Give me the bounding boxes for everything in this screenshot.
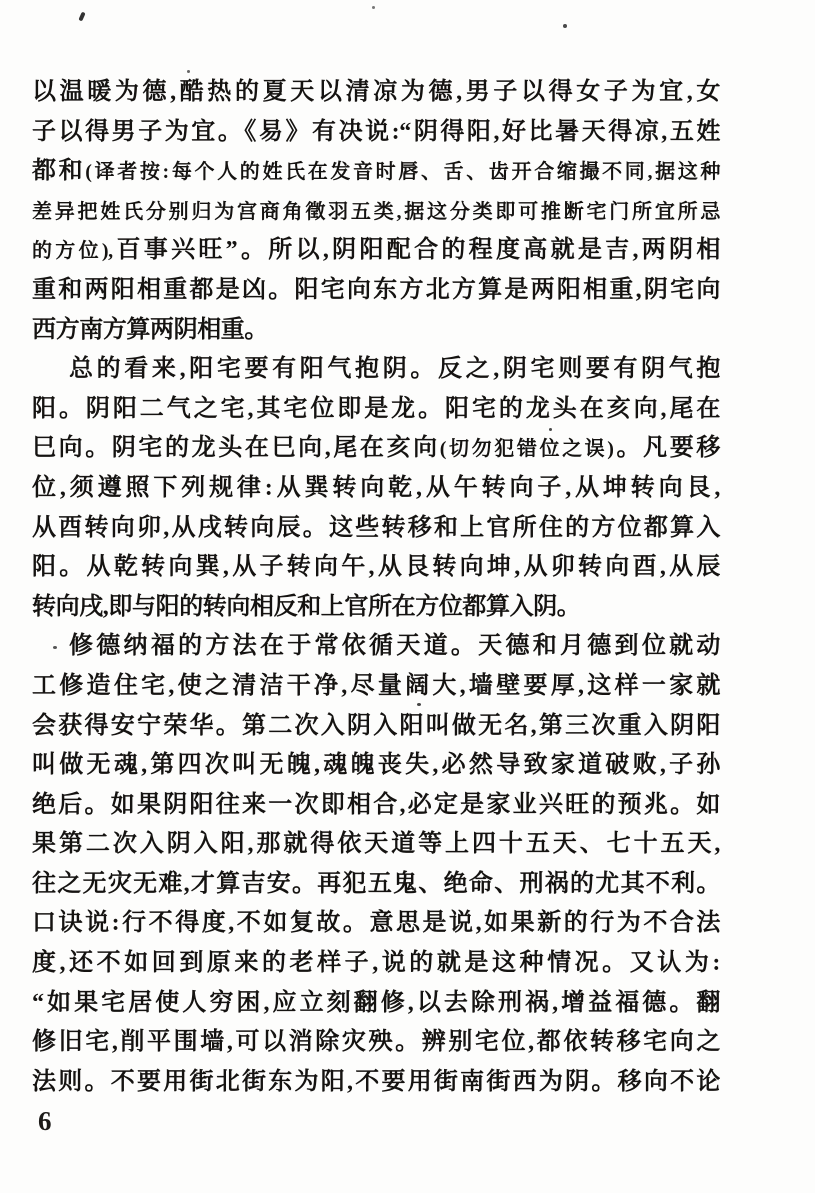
page-number: 6 [38,1106,52,1137]
body-text: 绝后。如果阴阳往来一次即相合,必定是家业兴旺的预兆。如 [32,792,720,818]
text-line-3: 都和(译者按:每个人的姓氏在发音时唇、舌、齿开合缩撮不同,据这种 [32,152,720,192]
text-line-16: 工修造住宅,使之清洁干净,尽量阔大,墙壁要厚,这样一家就 [32,667,720,707]
body-text: 总的看来,阳宅要有阳气抱阴。反之,阴宅则要有阴气抱 [69,356,720,382]
text-line-19: 绝后。如果阴阳往来一次即相合,必定是家业兴旺的预兆。如 [32,786,720,826]
text-line-15: 修德纳福的方法在于常依循天道。天德和月德到位就动 [32,627,720,667]
scan-speck [78,12,85,22]
text-line-5: 的方位),百事兴旺”。所以,阴阳配合的程度高就是吉,两阴相 [32,231,720,271]
body-text: 工修造住宅,使之清洁干净,尽量阔大,墙壁要厚,这样一家就 [32,673,720,699]
body-text: 度,还不如回到原来的老样子,说的就是这种情况。又认为: [32,950,720,976]
text-line-18: 叫做无魂,第四次叫无魄,魂魄丧失,必然导致家道破败,子孙 [32,746,720,786]
text-line-22: 口诀说:行不得度,不如复故。意思是说,如果新的行为不合法 [32,904,720,944]
text-line-24: “如果宅居使人穷困,应立刻翻修,以去除刑祸,增益福德。翻 [32,984,720,1024]
text-line-14: 转向戌,即与阳的转向相反和上官所在方位都算入阴。 [32,588,720,628]
annotation-text: (译者按:每个人的姓氏在发音时唇、舌、齿开合缩撮不同,据这种 [85,161,720,183]
text-line-9: 阳。阴阳二气之宅,其宅位即是龙。阳宅的龙头在亥向,尾在 [32,390,720,430]
text-line-6: 重和两阳相重都是凶。阳宅向东方北方算是两阳相重,阴宅向 [32,271,720,311]
scan-speck [372,6,375,9]
body-text: 以温暖为德,酷热的夏天以清凉为德,男子以得女子为宜,女 [32,79,720,105]
text-line-2: 子以得男子为宜。《易》有决说:“阴得阳,好比暑天得凉,五姓 [32,113,720,153]
body-text: 转向戌,即与阳的转向相反和上官所在方位都算入阴。 [32,594,580,620]
annotation-text: (切勿犯错位之误) [440,438,614,460]
body-text: 法则。不要用街北街东为阳,不要用街南街西为阴。移向不论 [32,1069,720,1095]
scan-speck [563,24,567,28]
body-text: 果第二次入阴入阳,那就得依天道等上四十五天、七十五天, [32,831,720,857]
text-line-10: 巳向。阴宅的龙头在巳向,尾在亥向(切勿犯错位之误)。凡要移 [32,429,720,469]
text-line-1: 以温暖为德,酷热的夏天以清凉为德,男子以得女子为宜,女 [32,73,720,113]
body-text: 阳。阴阳二气之宅,其宅位即是龙。阳宅的龙头在亥向,尾在 [32,396,720,422]
scan-speck [187,70,190,73]
book-page: 以温暖为德,酷热的夏天以清凉为德,男子以得女子为宜,女子以得男子为宜。《易》有决… [0,0,815,1193]
text-line-11: 位,须遵照下列规律:从巽转向乾,从午转向子,从坤转向艮, [32,469,720,509]
body-text: 阳。从乾转向巽,从子转向午,从艮转向坤,从卯转向酉,从辰 [32,554,720,580]
scan-speck [53,646,57,649]
text-line-25: 修旧宅,削平围墙,可以消除灾殃。辨别宅位,都依转移宅向之 [32,1023,720,1063]
text-block: 以温暖为德,酷热的夏天以清凉为德,男子以得女子为宜,女子以得男子为宜。《易》有决… [32,73,720,1102]
body-text: 叫做无魂,第四次叫无魄,魂魄丧失,必然导致家道破败,子孙 [32,752,720,778]
body-text: 百事兴旺”。所以,阴阳配合的程度高就是吉,两阴相 [113,237,720,263]
text-line-17: 会获得安宁荣华。第二次入阴入阳叫做无名,第三次重入阴阳 [32,707,720,747]
text-line-13: 阳。从乾转向巽,从子转向午,从艮转向坤,从卯转向酉,从辰 [32,548,720,588]
body-text: 西方南方算两阴相重。 [32,317,268,343]
body-text: 位,须遵照下列规律:从巽转向乾,从午转向子,从坤转向艮, [32,475,720,501]
text-line-23: 度,还不如回到原来的老样子,说的就是这种情况。又认为: [32,944,720,984]
body-text: “如果宅居使人穷困,应立刻翻修,以去除刑祸,增益福德。翻 [32,990,720,1016]
text-line-7: 西方南方算两阴相重。 [32,311,720,351]
body-text: 都和 [32,158,85,184]
body-text: 会获得安宁荣华。第二次入阴入阳叫做无名,第三次重入阴阳 [32,713,720,739]
body-text: 子以得男子为宜。《易》有决说:“阴得阳,好比暑天得凉,五姓 [32,119,720,145]
body-text: 修旧宅,削平围墙,可以消除灾殃。辨别宅位,都依转移宅向之 [32,1029,720,1055]
body-text: 修德纳福的方法在于常依循天道。天德和月德到位就动 [69,633,720,659]
text-line-26: 法则。不要用街北街东为阳,不要用街南街西为阴。移向不论 [32,1063,720,1103]
body-text: 。凡要移 [614,435,720,461]
body-text: 口诀说:行不得度,不如复故。意思是说,如果新的行为不合法 [32,910,720,936]
text-line-12: 从酉转向卯,从戌转向辰。这些转移和上官所住的方位都算入 [32,509,720,549]
text-line-8: 总的看来,阳宅要有阳气抱阴。反之,阴宅则要有阴气抱 [32,350,720,390]
annotation-text: 的方位), [32,240,113,262]
scan-speck [549,428,552,431]
annotation-text: 差异把姓氏分别归为宫商角徵羽五类,据这分类即可推断宅门所宜所忌 [32,201,720,223]
body-text: 重和两阳相重都是凶。阳宅向东方北方算是两阳相重,阴宅向 [32,277,720,303]
text-line-21: 往之无灾无难,才算吉安。再犯五鬼、绝命、刑祸的尤其不利。 [32,865,720,905]
text-line-4: 差异把姓氏分别归为宫商角徵羽五类,据这分类即可推断宅门所宜所忌 [32,192,720,232]
body-text: 从酉转向卯,从戌转向辰。这些转移和上官所住的方位都算入 [32,515,720,541]
text-line-20: 果第二次入阴入阳,那就得依天道等上四十五天、七十五天, [32,825,720,865]
body-text: 往之无灾无难,才算吉安。再犯五鬼、绝命、刑祸的尤其不利。 [32,871,720,897]
scan-speck [417,703,421,706]
body-text: 巳向。阴宅的龙头在巳向,尾在亥向 [32,435,440,461]
